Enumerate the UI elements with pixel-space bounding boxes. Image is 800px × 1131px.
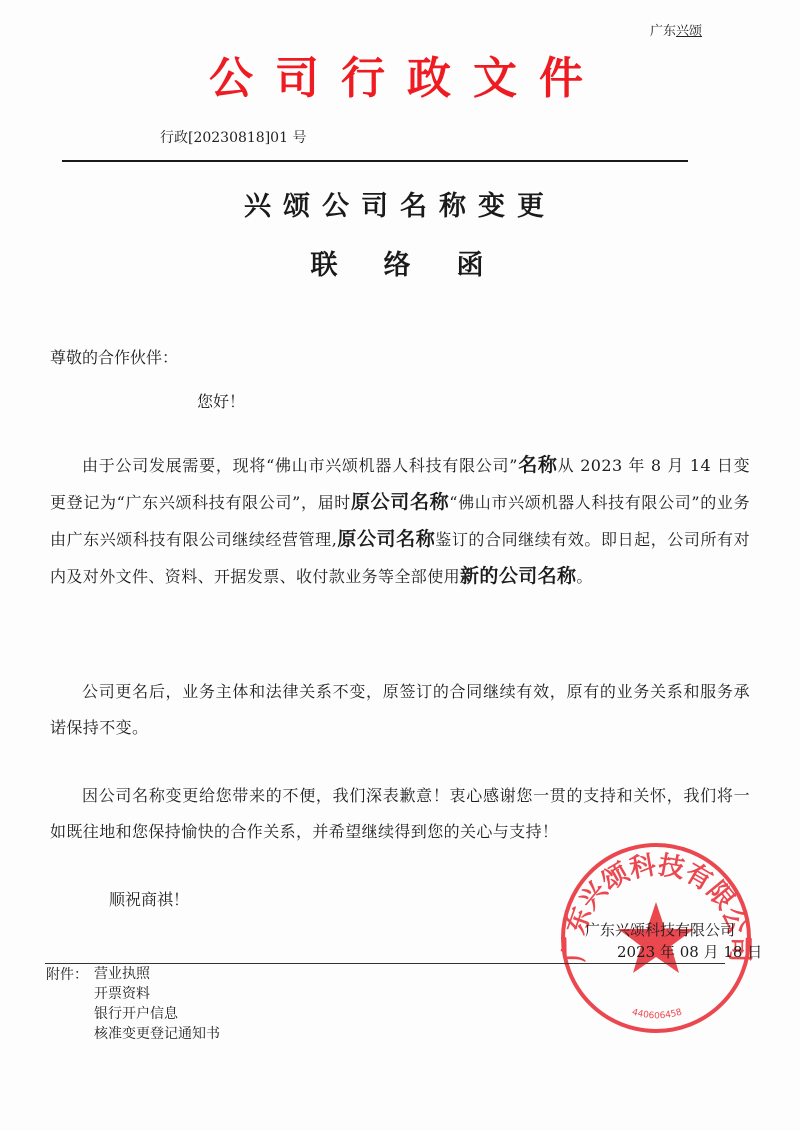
- signature-date: 2023 年 08 月 18 日: [617, 941, 762, 962]
- document-subtitle: 联络函: [0, 243, 800, 282]
- p1-text-1: 由于公司发展需要，现将“佛山市兴颂机器人科技有限公司”: [82, 456, 518, 475]
- corner-mark-underlined: 兴颂: [676, 24, 702, 39]
- greeting: 您好！: [197, 389, 245, 412]
- paragraph-name-change: 由于公司发展需要，现将“佛山市兴颂机器人科技有限公司”名称从 2023 年 8 …: [50, 447, 750, 595]
- corner-mark-prefix: 广东: [650, 24, 676, 39]
- p1-bold-1: 名称: [518, 454, 558, 476]
- red-document-header: 公司行政文件: [0, 42, 800, 106]
- attachments-list: 营业执照 开票资料 银行开户信息 核准变更登记通知书: [94, 964, 220, 1044]
- paragraph-apology: 因公司名称变更给您带来的不便，我们深表歉意！衷心感谢您一贯的支持和关怀，我们将一…: [50, 778, 750, 850]
- document-number: 行政[20230818]01 号: [160, 127, 306, 147]
- attachment-item: 银行开户信息: [94, 1004, 220, 1024]
- corner-company-mark: 广东兴颂: [650, 20, 702, 39]
- closing-remark: 顺祝商祺！: [109, 887, 189, 910]
- seal-code: 440606458: [631, 1007, 684, 1021]
- attachment-item: 开票资料: [94, 984, 220, 1004]
- p1-text-5: 。: [576, 567, 592, 586]
- attachment-item: 核准变更登记通知书: [94, 1024, 220, 1044]
- document-title: 兴颂公司名称变更: [0, 184, 800, 223]
- p1-bold-4: 新的公司名称: [460, 565, 576, 587]
- salutation: 尊敬的合作伙伴：: [50, 345, 178, 368]
- attachment-item: 营业执照: [94, 964, 220, 984]
- paragraph-legal-continuity: 公司更名后，业务主体和法律关系不变，原签订的合同继续有效，原有的业务关系和服务承…: [50, 674, 750, 746]
- p1-bold-2: 原公司名称: [351, 491, 449, 513]
- signature-company: 广东兴颂科技有限公司: [585, 919, 735, 940]
- header-divider: [62, 160, 688, 162]
- p1-bold-3: 原公司名称: [337, 528, 435, 550]
- attachments-label: 附件：: [46, 964, 88, 984]
